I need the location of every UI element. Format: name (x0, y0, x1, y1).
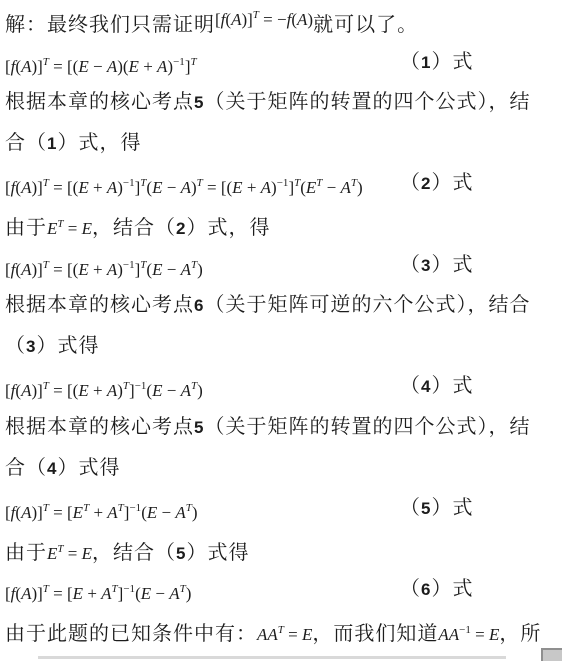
inline-math: ET = E (47, 221, 92, 238)
text-run: ，结合（ (92, 542, 176, 564)
text-line-8: 根据本章的核心考点6（关于矩阵可逆的六个公式），结合 (0, 285, 562, 326)
math-variable: E (78, 381, 88, 400)
math-variable: A (107, 503, 117, 522)
math-run: ) (357, 178, 363, 197)
text-line-6: 由于ET = E，结合（2）式，得 (0, 204, 562, 245)
text-run: ）式得 (57, 457, 120, 479)
inline-math: [f(A)]T = [E + AT]−1(E − AT) (5, 586, 191, 603)
math-run: + (139, 57, 157, 76)
text-run: ）式 (431, 172, 473, 194)
math-run: + (83, 584, 101, 603)
math-variable: A (175, 503, 185, 522)
math-run: )] (31, 260, 42, 279)
number-run: 4 (421, 377, 431, 396)
superscript-exponent: −1 (135, 380, 147, 392)
math-variable: E (78, 260, 88, 279)
inline-math: [f(A)]T = [ET + AT]−1(E − AT) (5, 505, 198, 522)
math-variable: A (181, 178, 191, 197)
formula-line-13: [f(A)]T = [ET + AT]−1(E − AT)（5）式 (0, 488, 562, 529)
text-line-14: 由于ET = E，结合（5）式得 (0, 529, 562, 570)
formula-line-5: [f(A)]T = [(E + A)−1]T(E − A)T = [(E + A… (0, 163, 562, 204)
text-run: （ (400, 497, 421, 519)
math-variable: A (21, 381, 31, 400)
text-run: ，所 (499, 623, 541, 645)
superscript-exponent: −1 (123, 259, 135, 271)
math-variable: E (73, 503, 83, 522)
math-variable: E (232, 178, 242, 197)
math-run: )] (241, 10, 252, 29)
math-variable: E (152, 381, 162, 400)
equation-label: （6）式 (400, 569, 473, 612)
text-run: 由于 (5, 217, 47, 239)
equation-label: （5）式 (400, 488, 473, 531)
text-line-4: 合（1）式，得 (0, 123, 562, 164)
math-variable: E (129, 57, 139, 76)
text-run: 根据本章的核心考点 (5, 294, 194, 316)
math-variable: A (169, 584, 179, 603)
math-run: ) (197, 381, 203, 400)
math-run: = [ (49, 584, 73, 603)
text-run: ）式得 (186, 542, 249, 564)
math-variable: A (21, 178, 31, 197)
text-run: （关于矩阵可逆的六个公式），结合 (204, 294, 530, 316)
text-run: ）式，得 (57, 132, 141, 154)
text-run: （ (400, 578, 421, 600)
math-run: = [ (49, 503, 73, 522)
math-run: + (89, 503, 107, 522)
text-line-16: 由于此题的已知条件中有：AAT = E，而我们知道AA−1 = E，所 (0, 610, 562, 651)
math-variable: A (21, 260, 31, 279)
math-run: + (89, 381, 107, 400)
text-run: （ (5, 335, 26, 357)
math-run: = (284, 625, 302, 644)
math-variable: A (101, 584, 111, 603)
text-run: ）式，得 (186, 217, 270, 239)
math-run: − (162, 381, 180, 400)
math-variable: A (21, 503, 31, 522)
math-run: ) (307, 10, 313, 29)
math-variable: E (489, 625, 499, 644)
math-variable: E (152, 178, 162, 197)
inline-math: AAT = E (257, 627, 312, 644)
text-run: 由于 (5, 542, 47, 564)
number-run: 5 (176, 544, 186, 563)
math-run: = − (259, 10, 287, 29)
number-run: 1 (421, 53, 431, 72)
math-variable: A (107, 381, 117, 400)
math-variable: A (181, 260, 191, 279)
number-run: 4 (47, 459, 57, 478)
math-run: + (89, 260, 107, 279)
math-run: )( (117, 57, 128, 76)
text-run: 合（ (5, 132, 47, 154)
math-variable: E (141, 584, 151, 603)
text-run: （ (400, 172, 421, 194)
text-run: ）式 (431, 254, 473, 276)
math-variable: A (107, 260, 117, 279)
cut-off-corner-fragment (541, 648, 562, 659)
math-run: ) (192, 503, 198, 522)
math-run: = [( (49, 381, 78, 400)
math-variable: A (181, 381, 191, 400)
math-variable: E (78, 178, 88, 197)
inline-math: ET = E (47, 546, 92, 563)
text-run: （关于矩阵的转置的四个公式），结 (204, 416, 530, 438)
math-run: = [( (203, 178, 232, 197)
equation-label: （4）式 (400, 366, 473, 409)
math-run: ) (186, 584, 192, 603)
math-variable: AA (257, 625, 278, 644)
equation-label: （2）式 (400, 163, 473, 206)
number-run: 5 (421, 499, 431, 518)
formula-line-10: [f(A)]T = [(E + A)T]−1(E − AT)（4）式 (0, 366, 562, 407)
superscript-exponent: −1 (123, 583, 135, 595)
number-run: 3 (421, 256, 431, 275)
math-run: = [( (49, 260, 78, 279)
superscript-exponent: −1 (123, 177, 135, 189)
equation-label: （1）式 (400, 42, 473, 85)
math-variable: E (78, 57, 88, 76)
text-line-3: 根据本章的核心考点5（关于矩阵的转置的四个公式），结 (0, 82, 562, 123)
math-run: )] (31, 584, 42, 603)
text-run: 由于此题的已知条件中有： (5, 623, 257, 645)
math-variable: A (21, 57, 31, 76)
math-run: − (89, 57, 107, 76)
text-run: （ (400, 51, 421, 73)
math-variable: E (147, 503, 157, 522)
math-variable: A (341, 178, 351, 197)
math-run: − (162, 260, 180, 279)
superscript-exponent: −1 (129, 502, 141, 514)
formula-line-7: [f(A)]T = [(E + A)−1]T(E − AT)（3）式 (0, 245, 562, 286)
math-variable: E (47, 544, 57, 563)
inline-math: [f(A)]T = [(E + A)−1]T(E − AT) (5, 262, 203, 279)
text-run: 就可以了。 (313, 14, 418, 36)
text-line-11: 根据本章的核心考点5（关于矩阵的转置的四个公式），结 (0, 407, 562, 448)
text-line-12: 合（4）式得 (0, 448, 562, 489)
inline-math: [f(A)]T = [(E − A)(E + A)−1]T (5, 59, 197, 76)
text-run: （关于矩阵的转置的四个公式），结 (204, 91, 530, 113)
math-run: ) (197, 260, 203, 279)
number-run: 1 (47, 134, 57, 153)
math-run: + (243, 178, 261, 197)
text-run: 根据本章的核心考点 (5, 416, 194, 438)
inline-math: [f(A)]T = [(E + A)T]−1(E − AT) (5, 383, 203, 400)
math-run: − (162, 178, 180, 197)
math-run: )] (31, 381, 42, 400)
math-variable: A (107, 57, 117, 76)
math-variable: A (231, 10, 241, 29)
number-run: 2 (421, 174, 431, 193)
math-run: = (64, 219, 82, 238)
math-run: − (322, 178, 340, 197)
text-run: ）式 (431, 51, 473, 73)
superscript-transpose: T (190, 56, 196, 68)
equation-label: （3）式 (400, 245, 473, 288)
inline-math: [f(A)]T = [(E + A)−1]T(E − A)T = [(E + A… (5, 180, 363, 197)
text-run: ）式 (431, 578, 473, 600)
text-run: 根据本章的核心考点 (5, 91, 194, 113)
math-run: = [( (49, 57, 78, 76)
text-line-1: 解：最终我们只需证明[f(A)]T = −f(A)就可以了。 (0, 1, 562, 42)
text-run: （ (400, 254, 421, 276)
math-variable: E (73, 584, 83, 603)
math-run: − (151, 584, 169, 603)
inline-math: [f(A)]T = −f(A) (215, 12, 313, 29)
math-run: = (471, 625, 489, 644)
math-variable: A (21, 584, 31, 603)
math-variable: E (47, 219, 57, 238)
math-variable: E (302, 625, 312, 644)
text-run: ）式得 (36, 335, 99, 357)
superscript-exponent: −1 (173, 56, 185, 68)
math-variable: AA (438, 625, 459, 644)
math-run: )] (31, 178, 42, 197)
text-run: ，而我们知道 (312, 623, 438, 645)
number-run: 5 (194, 93, 204, 112)
math-run: )] (31, 57, 42, 76)
math-run: = [( (49, 178, 78, 197)
math-run: + (89, 178, 107, 197)
number-run: 2 (176, 219, 186, 238)
math-run: − (157, 503, 175, 522)
superscript-exponent: −1 (277, 177, 289, 189)
math-run: = (64, 544, 82, 563)
math-variable: E (82, 544, 92, 563)
math-variable: A (297, 10, 307, 29)
math-variable: A (157, 57, 167, 76)
formula-line-2: [f(A)]T = [(E − A)(E + A)−1]T（1）式 (0, 42, 562, 83)
number-run: 3 (26, 337, 36, 356)
inline-math: AA−1 = E (438, 627, 499, 644)
text-run: 合（ (5, 457, 47, 479)
number-run: 6 (421, 580, 431, 599)
math-variable: A (107, 178, 117, 197)
superscript-exponent: −1 (459, 624, 471, 636)
text-run: ）式 (431, 375, 473, 397)
math-variable: E (82, 219, 92, 238)
math-variable: E (152, 260, 162, 279)
math-variable: A (261, 178, 271, 197)
document-page: 解：最终我们只需证明[f(A)]T = −f(A)就可以了。[f(A)]T = … (0, 1, 562, 651)
math-variable: E (306, 178, 316, 197)
text-run: 解：最终我们只需证明 (5, 14, 215, 36)
text-line-9: （3）式得 (0, 326, 562, 367)
text-run: （ (400, 375, 421, 397)
formula-line-15: [f(A)]T = [E + AT]−1(E − AT)（6）式 (0, 569, 562, 610)
text-run: ，结合（ (92, 217, 176, 239)
number-run: 5 (194, 418, 204, 437)
math-run: )] (31, 503, 42, 522)
text-run: ）式 (431, 497, 473, 519)
number-run: 6 (194, 296, 204, 315)
